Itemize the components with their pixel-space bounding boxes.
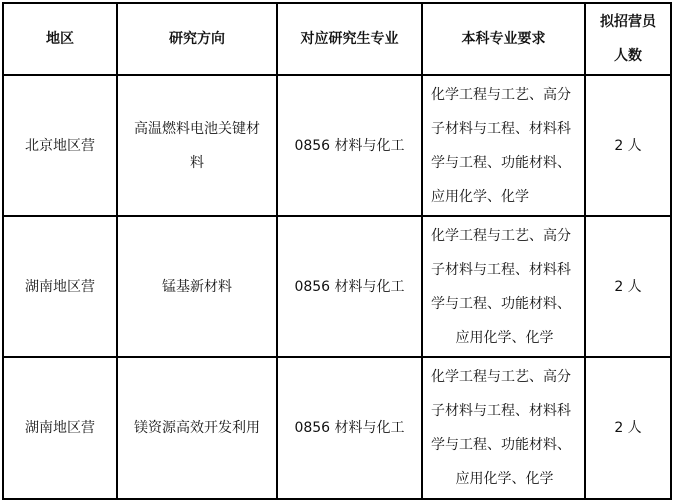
requirement-line: 学与工程、功能材料、	[431, 146, 578, 180]
header-region: 地区	[3, 3, 117, 75]
cell-graduate-major: 0856 材料与化工	[277, 357, 422, 499]
header-planned-count-line-2: 人数	[586, 39, 670, 73]
table-row: 北京地区营 高温燃料电池关键材 料 0856 材料与化工 化学工程与工艺、高分 …	[3, 75, 671, 216]
cell-undergrad-requirement: 化学工程与工艺、高分 子材料与工程、材料科 学与工程、功能材料、 应用化学、化学	[422, 216, 585, 357]
requirement-line: 应用化学、化学	[431, 462, 578, 496]
cell-planned-count: 2 人	[585, 216, 671, 357]
cell-region: 湖南地区营	[3, 357, 117, 499]
requirement-line: 化学工程与工艺、高分	[431, 360, 578, 394]
table-row: 湖南地区营 镁资源高效开发利用 0856 材料与化工 化学工程与工艺、高分 子材…	[3, 357, 671, 499]
cell-research-direction: 高温燃料电池关键材 料	[117, 75, 277, 216]
table-row: 湖南地区营 锰基新材料 0856 材料与化工 化学工程与工艺、高分 子材料与工程…	[3, 216, 671, 357]
requirement-line: 子材料与工程、材料科	[431, 394, 578, 428]
direction-line: 料	[124, 146, 270, 180]
cell-research-direction: 锰基新材料	[117, 216, 277, 357]
cell-planned-count: 2 人	[585, 357, 671, 499]
header-planned-count: 拟招营员 人数	[585, 3, 671, 75]
cell-undergrad-requirement: 化学工程与工艺、高分 子材料与工程、材料科 学与工程、功能材料、 应用化学、化学	[422, 75, 585, 216]
requirement-line: 化学工程与工艺、高分	[431, 78, 578, 112]
cell-undergrad-requirement: 化学工程与工艺、高分 子材料与工程、材料科 学与工程、功能材料、 应用化学、化学	[422, 357, 585, 499]
requirement-line: 子材料与工程、材料科	[431, 112, 578, 146]
header-research-direction: 研究方向	[117, 3, 277, 75]
cell-region: 北京地区营	[3, 75, 117, 216]
header-graduate-major: 对应研究生专业	[277, 3, 422, 75]
direction-line: 高温燃料电池关键材	[124, 112, 270, 146]
direction-line: 镁资源高效开发利用	[124, 411, 270, 445]
requirement-line: 应用化学、化学	[431, 321, 578, 355]
requirement-line: 学与工程、功能材料、	[431, 428, 578, 462]
cell-graduate-major: 0856 材料与化工	[277, 216, 422, 357]
cell-planned-count: 2 人	[585, 75, 671, 216]
cell-region: 湖南地区营	[3, 216, 117, 357]
requirement-line: 化学工程与工艺、高分	[431, 219, 578, 253]
header-undergrad-requirement: 本科专业要求	[422, 3, 585, 75]
requirement-line: 子材料与工程、材料科	[431, 253, 578, 287]
cell-graduate-major: 0856 材料与化工	[277, 75, 422, 216]
direction-line: 锰基新材料	[124, 270, 270, 304]
requirement-line: 学与工程、功能材料、	[431, 287, 578, 321]
cell-research-direction: 镁资源高效开发利用	[117, 357, 277, 499]
header-row: 地区 研究方向 对应研究生专业 本科专业要求 拟招营员 人数	[3, 3, 671, 75]
requirement-line: 应用化学、化学	[431, 180, 578, 214]
recruitment-table: 地区 研究方向 对应研究生专业 本科专业要求 拟招营员 人数 北京地区营 高温燃…	[2, 2, 672, 500]
header-planned-count-line-1: 拟招营员	[586, 5, 670, 39]
